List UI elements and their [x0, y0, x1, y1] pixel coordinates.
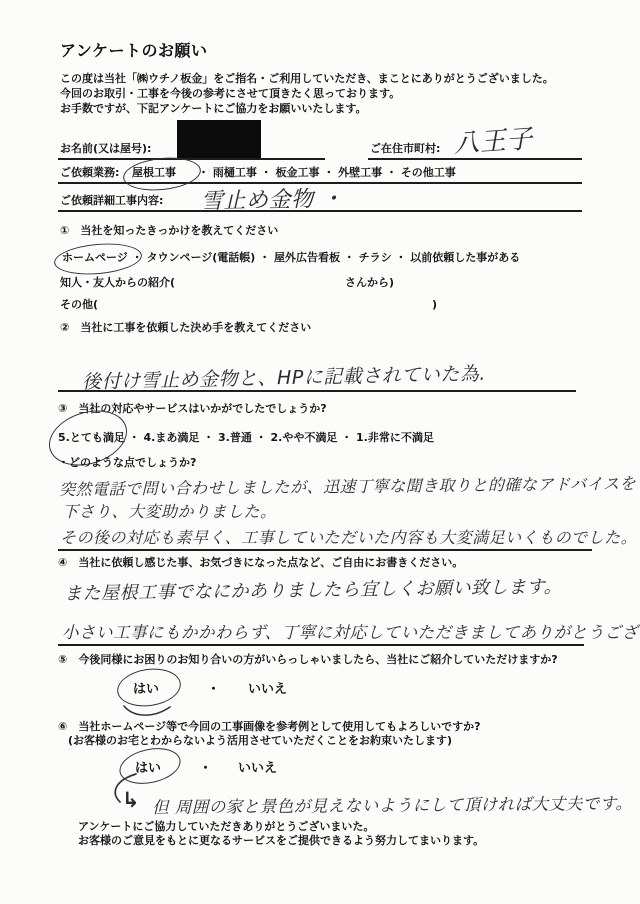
q1-other-line: その他( ): [60, 298, 582, 312]
intro-line-1: この度は当社「㈱ウチノ板金」をご指名・ご利用していただき、まことにありがとうござ…: [60, 72, 554, 86]
q6-yes-option: はい: [135, 757, 161, 776]
q3-rating-rest: ・ 4.まあ満足 ・ 3.普通 ・ 2.やや不満足 ・ 1.非常に不満足: [129, 431, 434, 444]
city-label: ご在住市町村:: [370, 142, 440, 156]
redacted-name-box: [177, 120, 261, 158]
q6-no-option: いいえ: [238, 757, 277, 776]
q5-yes-no-row: はい ・ いいえ: [133, 678, 287, 697]
q5-separator-dot: ・: [207, 678, 220, 697]
q2-answer-line: 後付け雪止め金物と、HPに記載されていた為.: [58, 348, 576, 392]
q1-selected-option: ホームページ: [62, 251, 128, 265]
q6-handwritten-note: 但 周囲の家と景色が見えないようにして頂ければ大丈夫です。: [152, 790, 633, 818]
q3-handwritten-line-1: 突然電話で問い合わせしましたが、迅速丁寧な聞き取りと的確なアドバイスを: [59, 471, 636, 500]
q4-handwritten-line-2: 小さい工事にもかかわらず、丁寧に対応していただきましてありがとうございました。: [62, 619, 640, 643]
city-handwritten-value: 八王子: [452, 118, 534, 160]
q4-handwritten-line-1: また屋根工事でなにかありましたら宜しくお願い致します。: [64, 573, 562, 606]
q6-note-arrow: ↳: [122, 788, 140, 812]
intro-line-3: お手数ですが、下記アンケートにご協力をお願いいたします。: [60, 102, 366, 116]
work-detail-label: ご依頼詳細工事内容:: [60, 194, 163, 208]
name-label: お名前(又は屋号):: [60, 142, 151, 156]
q6-subheading: (お客様のお宅とわからないよう活用させていただくことをお約束いたします): [68, 734, 452, 748]
footer-line-1: アンケートにご協力していただきありがとうございまいた。: [78, 820, 374, 834]
q2-heading: ② 当社に工事を依頼した決め手を教えてください: [60, 321, 311, 335]
q1-other-close: ): [432, 298, 437, 312]
q5-yes-option: はい: [133, 678, 159, 697]
q3-rating-line: 5.とても満足 ・ 4.まあ満足 ・ 3.普通 ・ 2.やや不満足 ・ 1.非常…: [58, 431, 434, 445]
q2-handwritten-answer: 後付け雪止め金物と、HPに記載されていた為.: [82, 359, 486, 394]
q3-answer-underline: その後の対応も素早く、工事していただいた内容も大変満足いくものでした。: [58, 519, 592, 551]
q1-heading: ① 当社を知ったきっかけを教えてください: [60, 224, 278, 238]
work-type-options: ・ 雨樋工事 ・ 板金工事 ・ 外壁工事 ・ その他工事: [198, 166, 456, 180]
q5-heading: ⑤ 今後同様にお困りのお知り合いの方がいらっしゃいましたら、当社にご紹介していた…: [58, 653, 558, 667]
intro-line-2: 今回のお取引・工事を今後の参考にさせて頂きたく思っております。: [60, 87, 400, 101]
scanned-survey-page: アンケートのお願い この度は当社「㈱ウチノ板金」をご指名・ご利用していただき、ま…: [0, 0, 640, 904]
q1-referral-line: 知人・友人からの紹介( さんから): [60, 276, 582, 290]
q3-handwritten-line-3: その後の対応も素早く、工事していただいた内容も大変満足いくものでした。: [60, 525, 637, 548]
work-type-selected: 屋根工事: [132, 166, 176, 180]
work-type-label: ご依頼業務:: [60, 166, 119, 180]
q6-yes-no-row: はい ・ いいえ: [135, 757, 277, 776]
q3-prompt: ・どのような点でしょうか?: [58, 456, 196, 470]
q4-answer-underline: 小さい工事にもかかわらず、丁寧に対応していただきましてありがとうございました。: [58, 612, 584, 646]
q1-options-rest: ・ タウンページ(電話帳) ・ 屋外広告看板 ・ チラシ ・ 以前依頼した事があ…: [132, 251, 521, 264]
q1-other-label: その他(: [60, 298, 98, 311]
work-type-row: ご依頼業務: 屋根工事 ・ 雨樋工事 ・ 板金工事 ・ 外壁工事 ・ その他工事: [58, 160, 582, 184]
q6-separator-dot: ・: [199, 757, 212, 776]
q1-options-line: ホームページ ・ タウンページ(電話帳) ・ 屋外広告看板 ・ チラシ ・ 以前…: [62, 251, 520, 265]
q1-referral-suffix: さんから): [345, 276, 394, 290]
q6-heading: ⑥ 当社ホームページ等で今回の工事画像を参考例として使用してもよろしいですか?: [58, 720, 480, 734]
q1-referral-label: 知人・友人からの紹介(: [60, 276, 175, 289]
q4-heading: ④ 当社に依頼し感じた事、お気づきになった点など、ご自由にお書きください。: [58, 556, 463, 570]
page-title: アンケートのお願い: [60, 38, 208, 61]
footer-line-2: お客様のご意見をもとに更なるサービスをご提供できるよう努力してまいります。: [78, 834, 484, 848]
q5-no-option: いいえ: [248, 678, 287, 697]
work-detail-handwritten-value: 雪止め金物 ・: [201, 182, 344, 215]
q3-heading: ③ 当社の対応やサービスはいかがでしたでしょうか?: [58, 402, 327, 416]
q3-selected-rating: 5.とても満足: [58, 431, 125, 445]
